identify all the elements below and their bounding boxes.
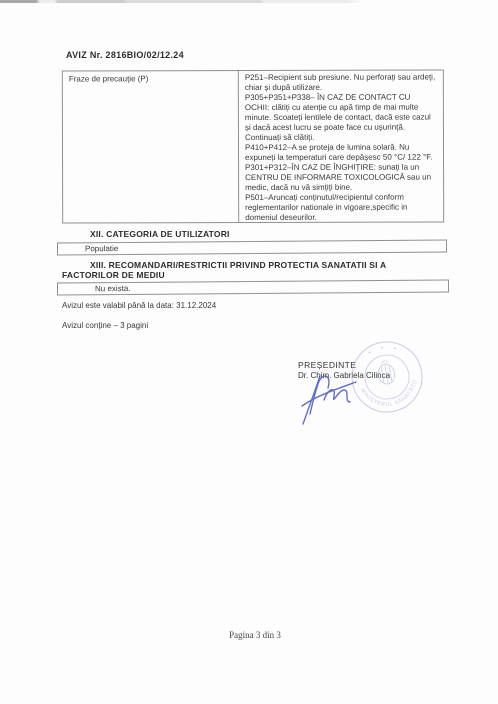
page-count-note: Avizul conține – 3 pagini [62, 321, 148, 330]
precaution-phrase: P501–Aruncați conținutul/recipientul con… [245, 193, 437, 224]
precaution-row-label: Fraze de precauție (P) [63, 71, 239, 222]
precaution-phrases: P251–Recipient sub presiune. Nu perforaț… [239, 71, 443, 223]
section-xiii-heading: XIII. RECOMANDARI/RESTRICTII PRIVIND PRO… [62, 260, 444, 280]
precaution-phrase: P251–Recipient sub presiune. Nu perforaț… [245, 73, 437, 94]
aviz-number: AVIZ Nr. 2816BIO/02/12.24 [66, 50, 184, 60]
scan-artifact [0, 0, 362, 3]
page-footer: Pagina 3 din 3 [179, 630, 331, 640]
precaution-phrase: P301+P312–ÎN CAZ DE ÎNGHIȚIRE: sunați la… [245, 163, 437, 194]
section-xiii-value: Nu exista. [95, 284, 131, 293]
signature-scribble [298, 366, 360, 430]
document-page: AVIZ Nr. 2816BIO/02/12.24 Fraze de preca… [0, 0, 498, 704]
precaution-phrase: P305+P351+P338– ÎN CAZ DE CONTACT CU OCH… [245, 93, 437, 144]
section-xii-value-box: Populatie [57, 239, 447, 255]
precaution-table: Fraze de precauție (P) P251–Recipient su… [62, 70, 444, 224]
section-xii-heading: XII. CATEGORIA DE UTILIZATORI [62, 229, 458, 239]
section-xiii-value-box: Nu exista. [57, 279, 449, 295]
section-xii-value: Populatie [85, 244, 118, 253]
signature-stroke [324, 390, 350, 402]
validity-note: Avizul este valabil până la data: 31.12.… [62, 301, 216, 310]
precaution-phrase: P410+P412–A se proteja de lumina solară.… [245, 143, 437, 164]
